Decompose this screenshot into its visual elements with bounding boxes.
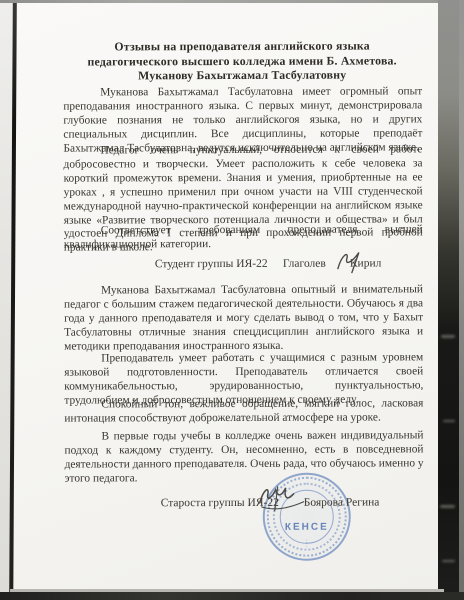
scanned-document: Отзывы на преподавателя английского язык… — [0, 0, 464, 600]
student-signoff-label: Студент группы ИЯ-22 — [155, 258, 268, 270]
student-signature-icon — [332, 246, 378, 274]
paragraph-7: В первые годы учебы в колледже очень важ… — [64, 429, 423, 486]
scan-right-margin — [459, 0, 464, 600]
scan-top-edge — [0, 0, 464, 3]
scan-streak — [442, 560, 455, 562]
paragraph-4: Муканова Бахытжамал Тасбулатовна опытный… — [64, 283, 423, 354]
document-title: Отзывы на преподавателя английского язык… — [63, 38, 421, 83]
scan-bottom-edge — [0, 592, 464, 600]
title-line-1: Отзывы на преподавателя английского язык… — [63, 38, 421, 54]
paragraph-6: Спокойный тон, вежливое обращение, мягки… — [64, 397, 423, 426]
scan-streak — [443, 420, 455, 422]
student-surname: Глаголев — [283, 258, 326, 270]
document-content: Отзывы на преподавателя английского язык… — [0, 0, 464, 600]
starosta-signature-icon — [254, 481, 316, 513]
stamp-dots: : : — [305, 539, 308, 547]
title-line-2: педагогического высшего колледжа имени Б… — [63, 53, 421, 69]
scan-streak — [441, 335, 455, 338]
title-line-3: Муканову Бахытжамал Тасбулатовну — [63, 68, 421, 84]
stamp-center-text: КЕНСЕ — [265, 522, 349, 533]
scan-streak — [440, 505, 455, 508]
